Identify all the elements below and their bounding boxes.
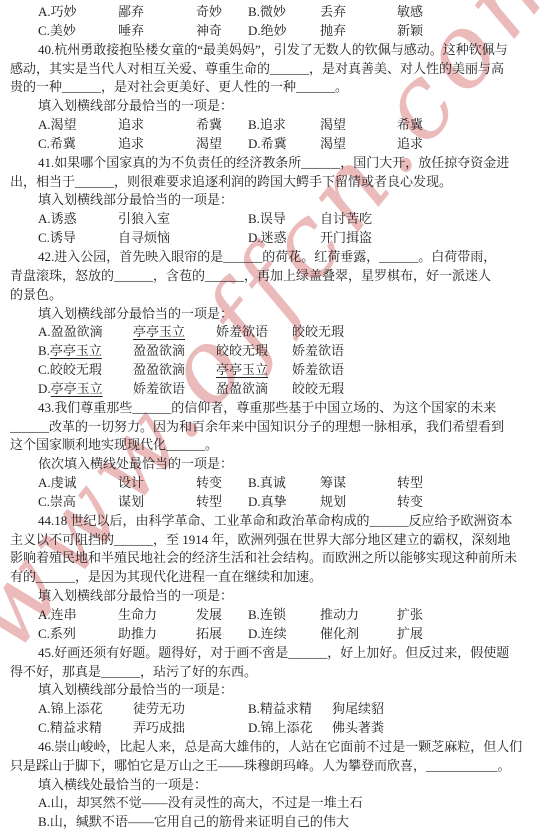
- option-cell: 皎皎无瑕: [292, 380, 542, 399]
- q44-line2: 主义以不可阻挡的______，至 1914 年，欧洲列强在世界大部分地区建立的霸…: [10, 531, 542, 550]
- option-cell: 弄巧成拙: [133, 719, 248, 738]
- q45-options-cd: C.精益求精弄巧成拙D.锦上添花佛头著粪: [10, 719, 542, 738]
- option-cell: 狗尾续貂: [332, 700, 542, 719]
- option-cell: 娇羞欲语: [133, 380, 216, 399]
- q46-prompt: 填入横线处最恰当的一项是：: [10, 776, 542, 795]
- q45-options-ab: A.锦上添花徒劳无功B.精益求精狗尾续貂: [10, 700, 542, 719]
- option-cell: 抛弃: [320, 22, 397, 41]
- q44-line4: 有的______，是因为其现代化进程一直在继续和加速。: [10, 568, 542, 587]
- q39-options-ab: A.巧妙鄙弃奇妙B.微妙丢弃敏感: [10, 3, 542, 22]
- q42-line2: 青盘滚珠，怒放的______，含苞的______，再加上绿盖叠翠，星罗棋布，好一…: [10, 267, 542, 286]
- q42-option-b: B.亭亭玉立盈盈欲滴皎皎无瑕娇羞欲语: [10, 342, 542, 361]
- option-cell: 娇羞欲语: [216, 323, 292, 342]
- underlined-option-text: 亭亭玉立: [133, 324, 185, 339]
- option-cell: A.巧妙: [38, 3, 118, 22]
- option-cell: 助推力: [118, 625, 196, 644]
- option-cell: 转型: [196, 493, 248, 512]
- option-cell: 敏感: [397, 3, 542, 22]
- option-cell: 盈盈欲滴: [133, 361, 216, 380]
- q42-option-a: A.盈盈欲滴亭亭玉立娇羞欲语皎皎无瑕: [10, 323, 542, 342]
- option-cell: 亭亭玉立: [133, 323, 216, 342]
- option-cell: B.真诚: [248, 474, 320, 493]
- option-cell: 推动力: [320, 606, 397, 625]
- q46-line2: 只是踩山于脚下，哪怕它是万山之王——珠穆朗玛峰。人为攀登而欣喜，________…: [10, 757, 542, 776]
- option-cell: 神奇: [196, 22, 248, 41]
- q41-options-ab: A.诱惑引狼入室B.误导自讨苦吃: [10, 210, 542, 229]
- option-cell: 娇羞欲语: [292, 361, 542, 380]
- option-cell: 催化剂: [320, 625, 397, 644]
- q44-options-ab: A.连串生命力发展B.连锁推动力扩张: [10, 606, 542, 625]
- q40-prompt: 填入划横线部分最恰当的一项是：: [10, 97, 542, 116]
- option-cell: 生命力: [118, 606, 196, 625]
- option-cell: 追求: [118, 116, 196, 135]
- option-cell: 徒劳无功: [133, 700, 248, 719]
- q40-options-cd: C.希冀追求渴望D.希冀渴望追求: [10, 135, 542, 154]
- option-cell: D.连续: [248, 625, 320, 644]
- q44-options-cd: C.系列助推力拓展D.连续催化剂扩展: [10, 625, 542, 644]
- q40-line2: 感动，其实是当代人对相互关爱、尊重生命的______，是对真善美、对人性的美丽与…: [10, 60, 542, 79]
- option-cell: A.锦上添花: [38, 700, 133, 719]
- q40-options-ab: A.渴望追求希冀B.追求渴望希冀: [10, 116, 542, 135]
- option-cell: A.虔诚: [38, 474, 118, 493]
- option-cell: 渴望: [320, 135, 397, 154]
- q42-line3: 的景色。: [10, 286, 542, 305]
- option-cell: B.精益求精: [248, 700, 332, 719]
- option-cell: 亭亭玉立: [216, 361, 292, 380]
- q45-prompt: 填入划横线部分最恰当的一项是：: [10, 681, 542, 700]
- q46-option-b: B.山，缄默不语——它用自己的筋骨来证明自己的伟大: [10, 813, 542, 832]
- option-cell: 扩展: [397, 625, 542, 644]
- option-cell: 追求: [397, 135, 542, 154]
- q41-line1: 41.如果哪个国家真的为不负责任的经济教条所______，国门大开，放任掠夺资金…: [10, 154, 542, 173]
- q43-prompt: 依次填入横线处最恰当的一项是：: [10, 455, 542, 474]
- option-cell: 发展: [196, 606, 248, 625]
- q43-options-cd: C.崇高谋划转型D.真挚规划转变: [10, 493, 542, 512]
- option-cell: 佛头著粪: [332, 719, 542, 738]
- option-cell: 皎皎无瑕: [216, 342, 292, 361]
- option-cell: D.希冀: [248, 135, 320, 154]
- q43-line3: 这个国家顺利地实现现代化______。: [10, 436, 542, 455]
- option-cell: 引狼入室: [118, 210, 248, 229]
- option-cell: 自讨苦吃: [320, 210, 542, 229]
- q43-line2: ______改革的一切努力。因为和百余年来中国知识分子的理想一脉相承，我们希望看…: [10, 418, 542, 437]
- option-cell: 追求: [118, 135, 196, 154]
- q41-prompt: 填入划横线部分最恰当的一项是：: [10, 191, 542, 210]
- option-cell: 唾弃: [118, 22, 196, 41]
- option-cell: B.误导: [248, 210, 320, 229]
- option-cell: 转变: [196, 474, 248, 493]
- option-cell: 转变: [397, 493, 542, 512]
- option-cell: 盈盈欲滴: [216, 380, 292, 399]
- option-cell: 转型: [397, 474, 542, 493]
- option-cell: 规划: [320, 493, 397, 512]
- q44-line1: 44.18 世纪以后，由科学革命、工业革命和政治革命构成的______反应给予欧…: [10, 512, 542, 531]
- q45-line1: 45.好画还须有好题。题得好，对于画不啻是______，好上加好。但反过来，假使…: [10, 644, 542, 663]
- option-cell: 盈盈欲滴: [133, 342, 216, 361]
- option-cell: 设计: [118, 474, 196, 493]
- option-cell: 希冀: [397, 116, 542, 135]
- option-cell: B.微妙: [248, 3, 320, 22]
- option-cell: D.锦上添花: [248, 719, 332, 738]
- option-cell: C.系列: [38, 625, 118, 644]
- option-cell: 娇羞欲语: [292, 342, 542, 361]
- underlined-option-text: 亭亭玉立: [216, 362, 268, 377]
- option-cell: C.希冀: [38, 135, 118, 154]
- option-cell: B.追求: [248, 116, 320, 135]
- q44-line3: 影响着殖民地和半殖民地社会的经济生活和社会结构。而欧洲之所以能够实现这种前所未: [10, 549, 542, 568]
- option-cell: D.迷惑: [248, 229, 320, 248]
- q42-line1: 42.进入公园，首先映入眼帘的是______的荷花。红荷垂露，______。白荷…: [10, 248, 542, 267]
- option-cell: A.连串: [38, 606, 118, 625]
- option-cell: 皎皎无瑕: [292, 323, 542, 342]
- underlined-option-text: 亭亭玉立: [50, 343, 102, 358]
- option-cell: 开门揖盗: [320, 229, 542, 248]
- q46-option-a: A.山，却冥然不觉——没有灵性的高大，不过是一堆土石: [10, 794, 542, 813]
- option-cell: 渴望: [320, 116, 397, 135]
- option-cell: B.亭亭玉立: [38, 342, 133, 361]
- q42-prompt: 填入划横线部分最恰当的一项是：: [10, 305, 542, 324]
- exam-page: www.offcn.com A.巧妙鄙弃奇妙B.微妙丢弃敏感C.美妙唾弃神奇D.…: [0, 0, 550, 832]
- option-cell: C.崇高: [38, 493, 118, 512]
- q42-option-d: D.亭亭玉立娇羞欲语盈盈欲滴皎皎无瑕: [10, 380, 542, 399]
- q41-line2: 出，相当于______，则很难要求追逐利润的跨国大鳄手下留情或者良心发现。: [10, 173, 542, 192]
- option-cell: 鄙弃: [118, 3, 196, 22]
- option-cell: D.亭亭玉立: [38, 380, 133, 399]
- option-cell: A.诱惑: [38, 210, 118, 229]
- q39-options-cd: C.美妙唾弃神奇D.绝妙抛弃新颖: [10, 22, 542, 41]
- option-cell: A.盈盈欲滴: [38, 323, 133, 342]
- option-cell: C.皎皎无瑕: [38, 361, 133, 380]
- option-cell: 新颖: [397, 22, 542, 41]
- option-cell: D.真挚: [248, 493, 320, 512]
- option-cell: 丢弃: [320, 3, 397, 22]
- option-cell: D.绝妙: [248, 22, 320, 41]
- q42-option-c: C.皎皎无瑕盈盈欲滴亭亭玉立娇羞欲语: [10, 361, 542, 380]
- option-cell: A.渴望: [38, 116, 118, 135]
- option-cell: B.连锁: [248, 606, 320, 625]
- q44-prompt: 填入划横线部分最恰当的一项是：: [10, 587, 542, 606]
- option-cell: 渴望: [196, 135, 248, 154]
- option-cell: 希冀: [196, 116, 248, 135]
- underlined-option-text: 亭亭玉立: [51, 381, 103, 396]
- option-cell: C.美妙: [38, 22, 118, 41]
- option-cell: 拓展: [196, 625, 248, 644]
- option-cell: 自寻烦恼: [118, 229, 248, 248]
- option-cell: 奇妙: [196, 3, 248, 22]
- q41-options-cd: C.诱导自寻烦恼D.迷惑开门揖盗: [10, 229, 542, 248]
- option-cell: 谋划: [118, 493, 196, 512]
- q45-line2: 得不好，那真是______，玷污了好的东西。: [10, 663, 542, 682]
- option-cell: 扩张: [397, 606, 542, 625]
- q46-line1: 46.崇山峻岭，比起人来，总是高大雄伟的，人站在它面前不过是一颗芝麻粒，但人们: [10, 738, 542, 757]
- document-body: A.巧妙鄙弃奇妙B.微妙丢弃敏感C.美妙唾弃神奇D.绝妙抛弃新颖40.杭州勇敢接…: [10, 3, 542, 832]
- option-cell: 筹谋: [320, 474, 397, 493]
- q40-line1: 40.杭州勇敢接抱坠楼女童的“最美妈妈”，引发了无数人的钦佩与感动。这种钦佩与: [10, 41, 542, 60]
- q40-line3: 贵的一种______，是对社会更美好、更人性的一种______。: [10, 78, 542, 97]
- option-cell: C.精益求精: [38, 719, 133, 738]
- q43-options-ab: A.虔诚设计转变B.真诚筹谋转型: [10, 474, 542, 493]
- option-cell: C.诱导: [38, 229, 118, 248]
- q43-line1: 43.我们尊重那些______的信仰者，尊重那些基于中国立场的、为这个国家的未来: [10, 399, 542, 418]
